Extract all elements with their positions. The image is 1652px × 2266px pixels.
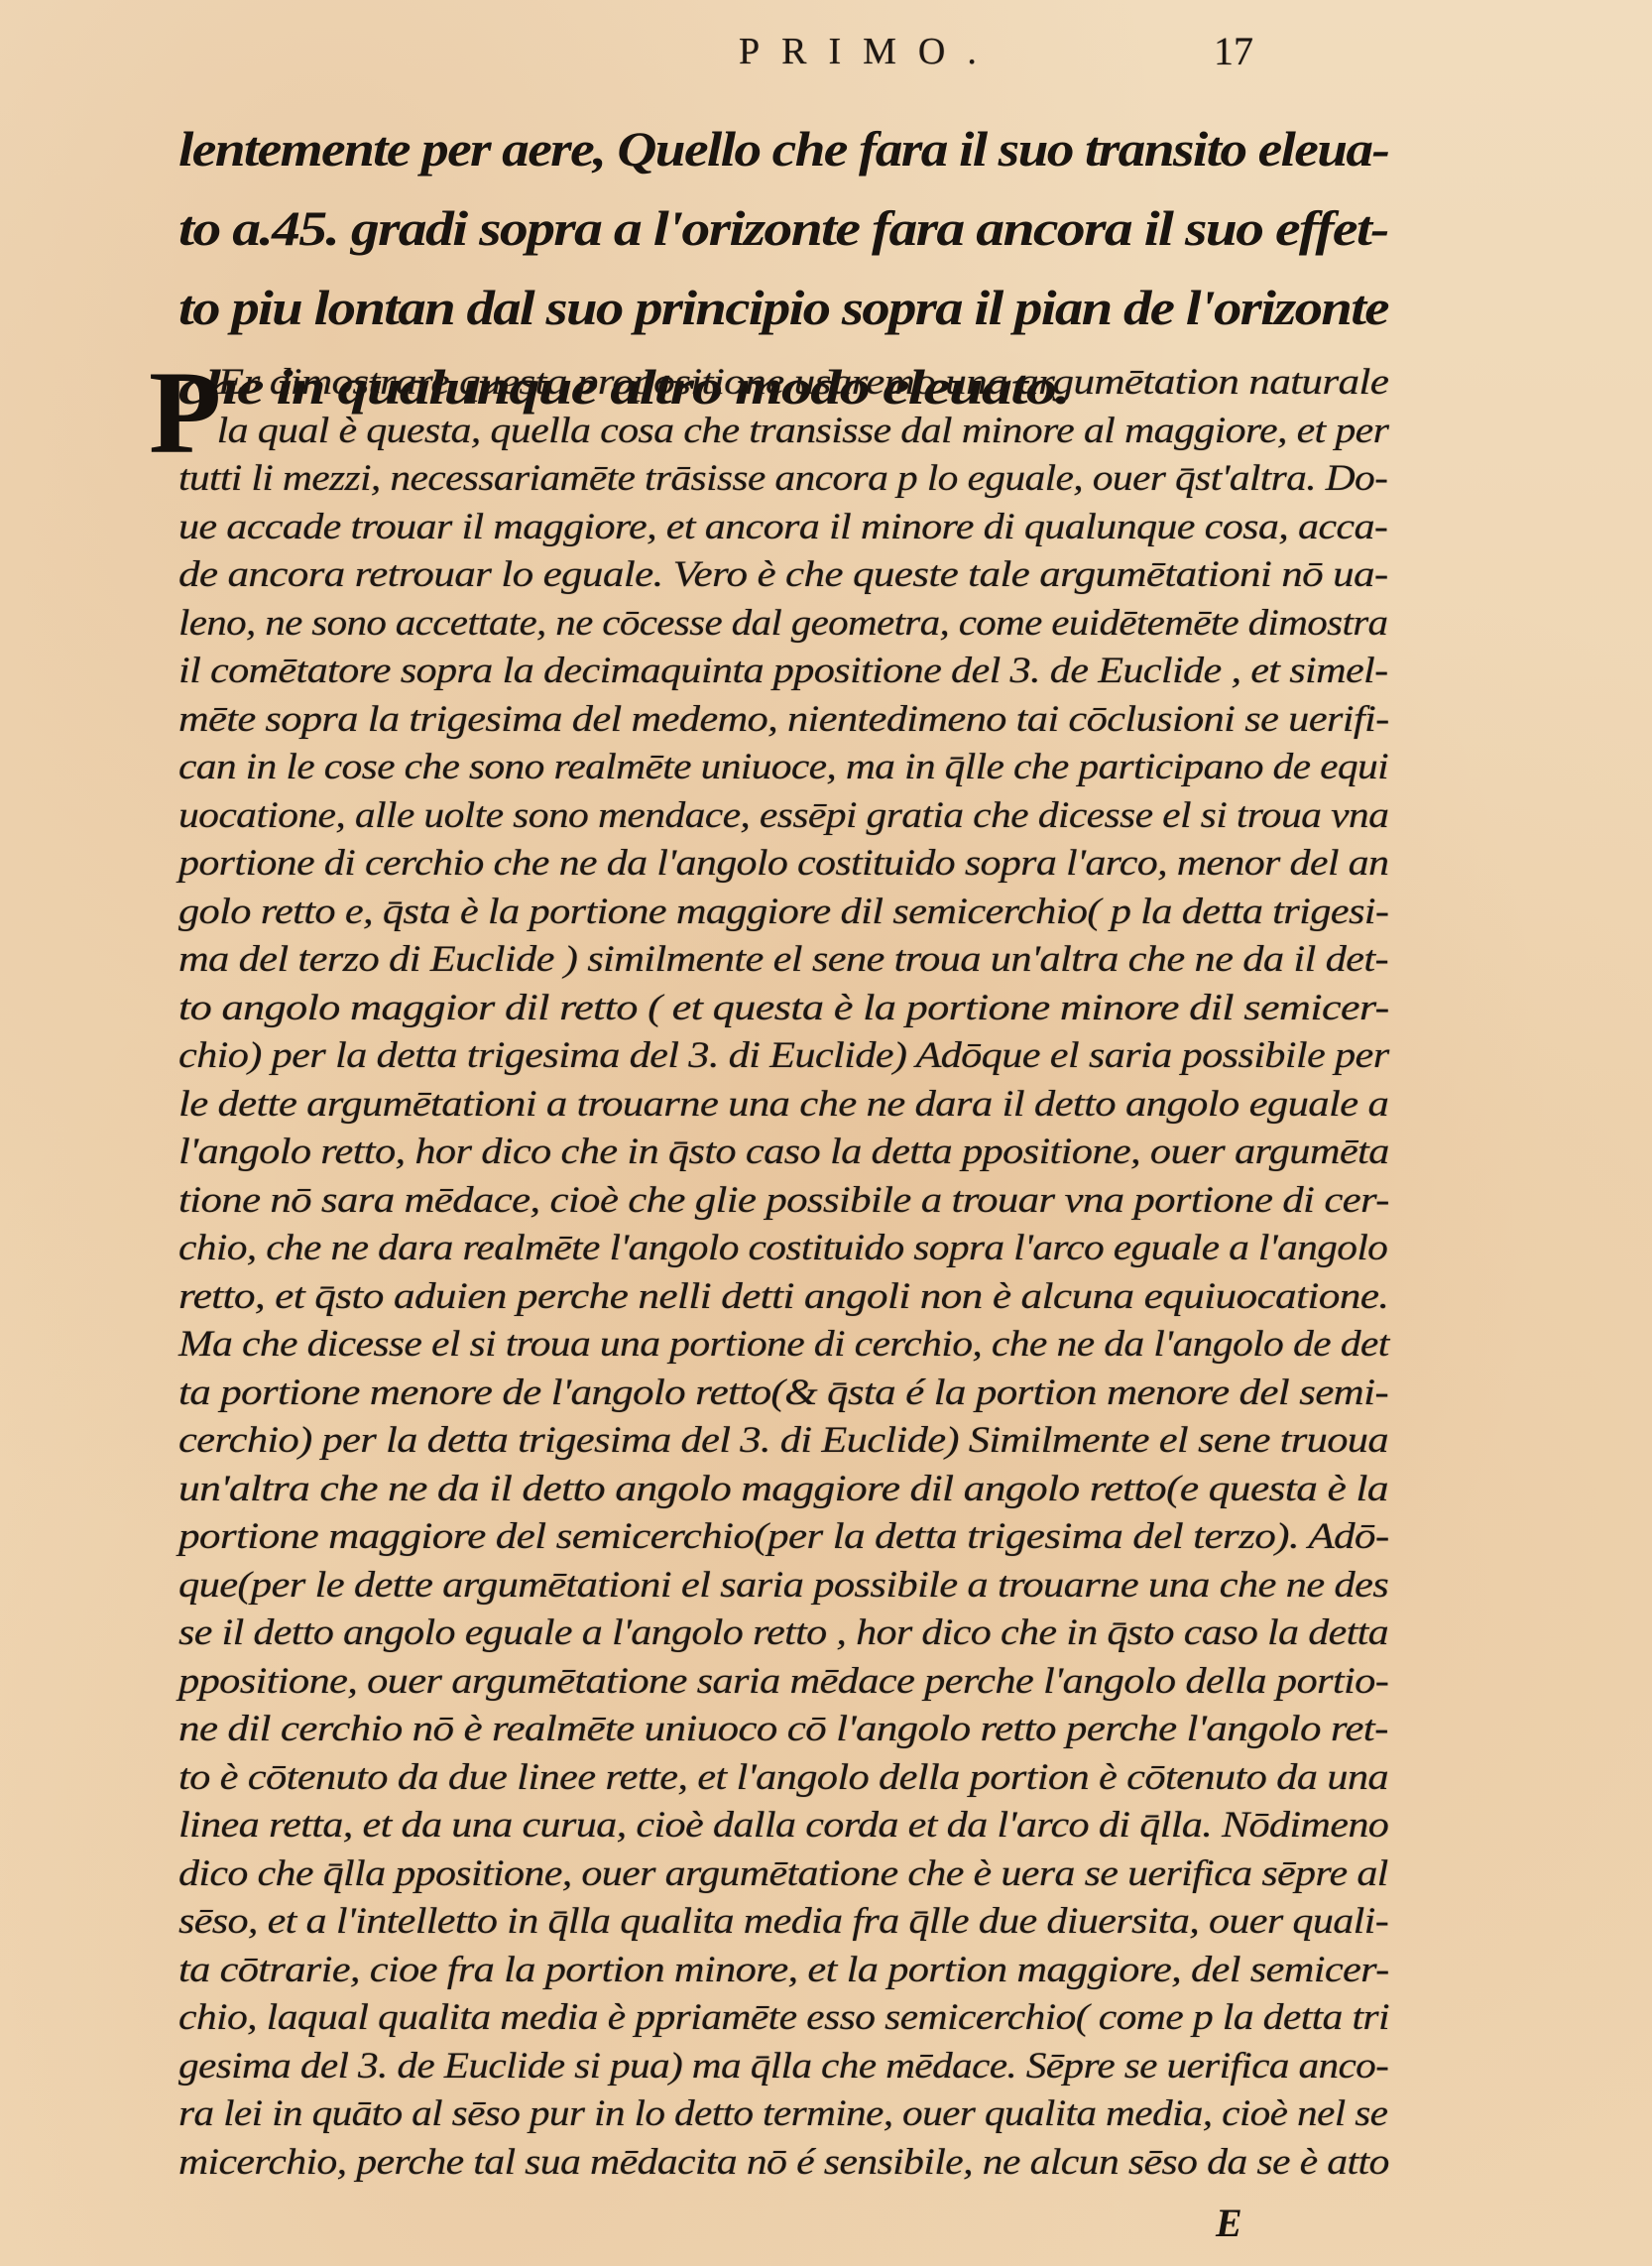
body-text: Er dimostrare questa propositione usarem…	[178, 359, 1388, 2187]
body-line: ra lei in quāto al sēso pur in lo detto …	[178, 2090, 1531, 2139]
book-page: PRIMO. 17 lentemente per aere, Quello ch…	[0, 0, 1652, 2266]
body-line: leno, ne sono accettate, ne cōcesse dal …	[178, 600, 1521, 649]
body-line: un'altra che ne da il detto angolo maggi…	[178, 1466, 1604, 1514]
body-line: le dette argumētationi a trouarne una ch…	[178, 1081, 1577, 1130]
body-line: ne dil cerchio nō è realmēte uniuoco cō …	[178, 1706, 1588, 1754]
body-line: chio, laqual qualita media è ppriamēte e…	[178, 1994, 1543, 2043]
body-line: chio) per la detta trigesima del 3. di E…	[178, 1032, 1565, 1081]
heading-line: to piu lontan dal suo principio sopra il…	[178, 268, 1554, 347]
body-line: l'angolo retto, hor dico che in q̄sto ca…	[178, 1129, 1568, 1177]
body-line: to è cōtenuto da due linee rette, et l'a…	[178, 1754, 1570, 1803]
signature-mark: E	[1216, 2200, 1242, 2246]
body-line: ue accade trouar il maggiore, et ancora …	[178, 504, 1558, 552]
heading-line: to a.45. gradi sopra a l'orizonte fara a…	[178, 188, 1577, 268]
body-line: la qual è questa, quella cosa che transi…	[178, 408, 1552, 456]
body-line: linea retta, et da una curua, cioè dalla…	[178, 1802, 1560, 1850]
heading-line: lentemente per aere, Quello che fara il …	[178, 109, 1520, 188]
body-line: portione di cerchio che ne da l'angolo c…	[178, 840, 1553, 889]
body-line: gesima del 3. de Euclide si pua) ma q̄ll…	[178, 2043, 1531, 2091]
body-line: sēso, et a l'intelletto in q̄lla qualita…	[178, 1898, 1558, 1947]
body-line: dico che q̄lla ppositione, ouer argumēta…	[178, 1850, 1554, 1899]
body-line: ta portione menore de l'angolo retto(& q…	[178, 1370, 1588, 1418]
body-line: ppositione, ouer argumētatione saria mēd…	[178, 1658, 1569, 1707]
body-line: golo retto e, q̄sta è la portione maggio…	[178, 889, 1568, 937]
body-line: mēte sopra la trigesima del medemo, nien…	[178, 696, 1569, 745]
body-line: ma del terzo di Euclide ) similmente el …	[178, 936, 1570, 985]
page-number: 17	[1214, 28, 1253, 74]
body-line: can in le cose che sono realmēte uniuoce…	[178, 744, 1537, 792]
body-line: se il detto angolo eguale a l'angolo ret…	[178, 1610, 1555, 1658]
body-line: tione nō sara mēdace, cioè che glie poss…	[178, 1177, 1582, 1226]
body-line: de ancora retrouar lo eguale. Vero è che…	[178, 551, 1591, 600]
body-line: uocatione, alle uolte sono mendace, essē…	[178, 792, 1542, 841]
running-head: PRIMO.	[739, 30, 999, 73]
body-line: retto, et q̄sto aduien perche nelli dett…	[178, 1273, 1597, 1322]
body-line: micerchio, perche tal sua mēdacita nō é …	[178, 2139, 1547, 2188]
body-line: que(per le dette argumētationi el saria …	[178, 1562, 1571, 1610]
body-line: to angolo maggior dil retto ( et questa …	[178, 985, 1631, 1033]
body-line: cerchio) per la detta trigesima del 3. d…	[178, 1417, 1569, 1466]
body-line: chio, che ne dara realmēte l'angolo cost…	[178, 1225, 1536, 1273]
body-line: tutti li mezzi, necessariamēte trāsisse …	[178, 455, 1538, 504]
body-line: ta cōtrarie, cioe fra la portion minore,…	[178, 1947, 1568, 1995]
body-line: Ma che dicesse el si troua una portione …	[178, 1321, 1542, 1370]
body-line: il comētatore sopra la decimaquinta ppos…	[178, 648, 1561, 696]
body-line: portione maggiore del semicerchio(per la…	[178, 1513, 1593, 1562]
body-line: Er dimostrare questa propositione usarem…	[178, 359, 1593, 408]
